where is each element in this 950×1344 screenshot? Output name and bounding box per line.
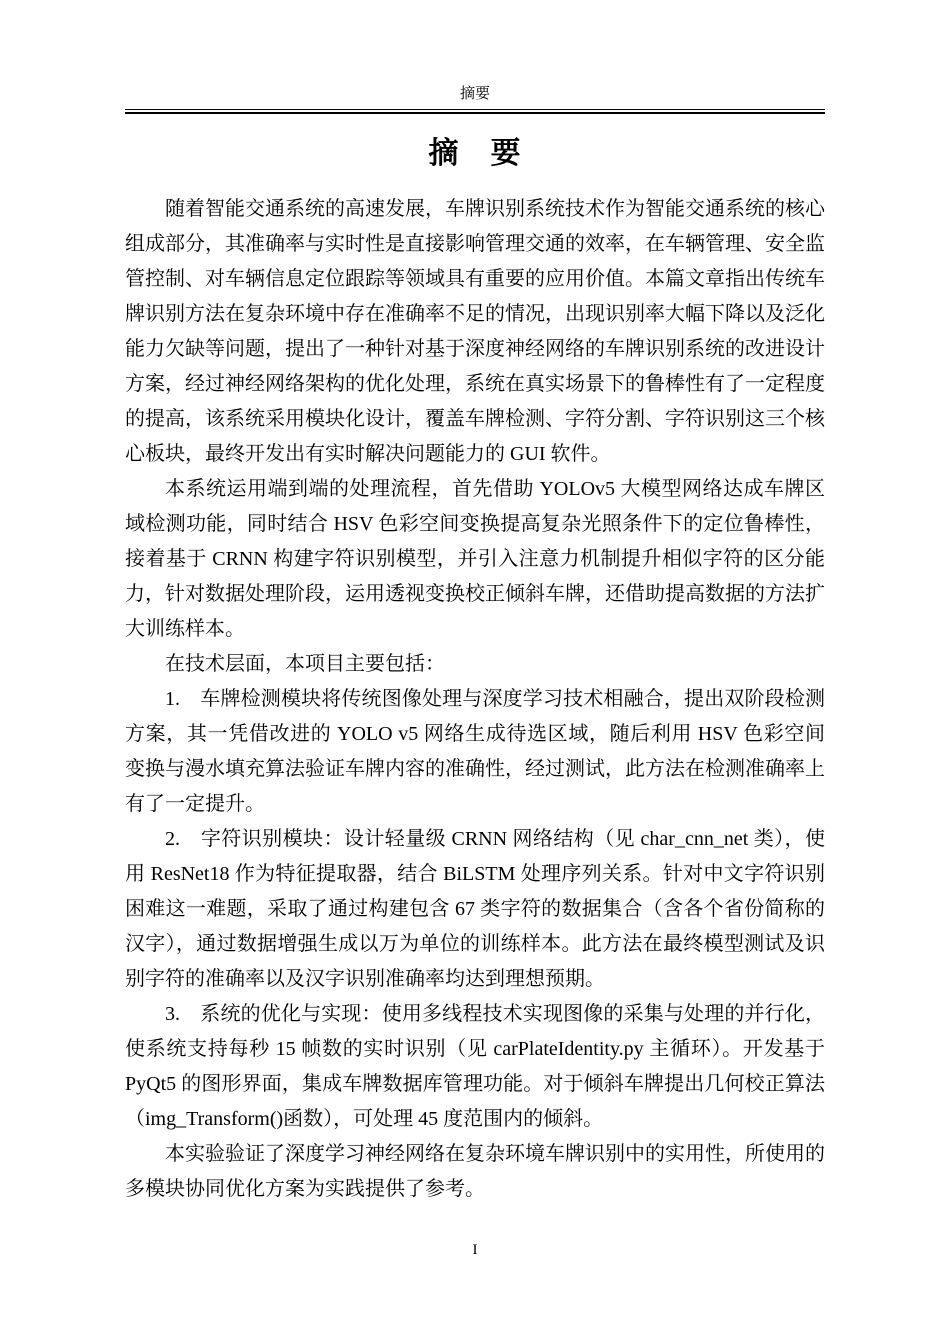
header-rule-divider bbox=[125, 109, 825, 114]
abstract-list-item-2-recognition: 2. 字符识别模块：设计轻量级 CRNN 网络结构（见 char_cnn_net… bbox=[125, 822, 825, 997]
abstract-list-item-3-implementation: 3. 系统的优化与实现：使用多线程技术实现图像的采集与处理的并行化，使系统支持每… bbox=[125, 997, 825, 1137]
abstract-paragraph-tech-lead-in: 在技术层面，本项目主要包括： bbox=[125, 647, 825, 682]
abstract-body: 随着智能交通系统的高速发展，车牌识别系统技术作为智能交通系统的核心组成部分，其准… bbox=[125, 192, 825, 1207]
running-header: 摘要 bbox=[125, 84, 825, 104]
page-number: I bbox=[0, 1240, 950, 1260]
abstract-paragraph-intro: 随着智能交通系统的高速发展，车牌识别系统技术作为智能交通系统的核心组成部分，其准… bbox=[125, 192, 825, 472]
abstract-page: 摘要 摘 要 随着智能交通系统的高速发展，车牌识别系统技术作为智能交通系统的核心… bbox=[0, 0, 950, 1344]
abstract-list-item-1-detection: 1. 车牌检测模块将传统图像处理与深度学习技术相融合，提出双阶段检测方案，其一凭… bbox=[125, 682, 825, 822]
abstract-paragraph-pipeline: 本系统运用端到端的处理流程，首先借助 YOLOv5 大模型网络达成车牌区域检测功… bbox=[125, 472, 825, 647]
abstract-paragraph-conclusion: 本实验验证了深度学习神经网络在复杂环境车牌识别中的实用性，所使用的多模块协同优化… bbox=[125, 1137, 825, 1207]
page-title: 摘 要 bbox=[125, 136, 825, 172]
